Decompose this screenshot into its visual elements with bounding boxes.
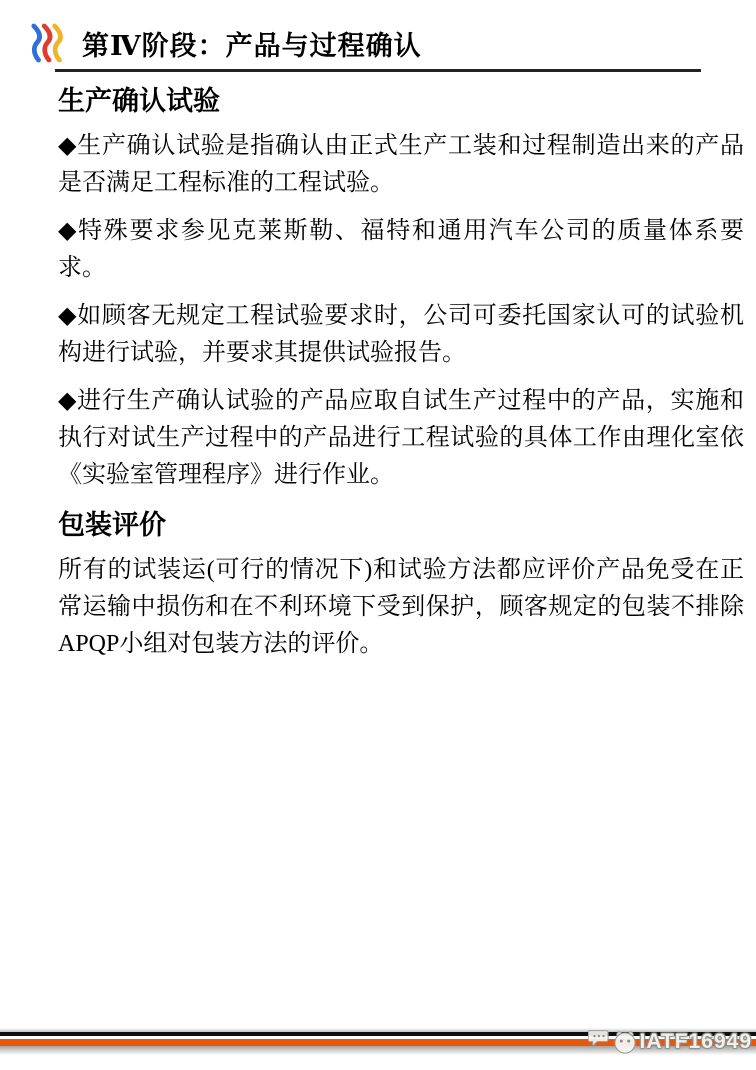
slide-content: 生产确认试验 ◆生产确认试验是指确认由正式生产工装和过程制造出来的产品是否满足工… [58,84,744,674]
section-heading: 包装评价 [58,508,744,542]
page-title: 第Ⅳ阶段：产品与过程确认 [82,24,422,63]
paragraph: ◆进行生产确认试验的产品应取自试生产过程中的产品，实施和执行对试生产过程中的产品… [58,383,744,494]
panda-logo-icon [613,1030,637,1054]
paragraph: ◆如顾客无规定工程试验要求时，公司可委托国家认可的试验机构进行试验，并要求其提供… [58,298,744,372]
paragraph: ◆特殊要求参见克莱斯勒、福特和通用汽车公司的质量体系要求。 [58,213,744,287]
section-packaging-evaluation: 包装评价 所有的试装运(可行的情况下)和试验方法都应评价产品免受在正常运输中损伤… [58,508,744,663]
section-heading: 生产确认试验 [58,84,744,118]
section-production-validation: 生产确认试验 ◆生产确认试验是指确认由正式生产工装和过程制造出来的产品是否满足工… [58,84,744,494]
triple-chevron-logo-icon [30,22,66,64]
header: 第Ⅳ阶段：产品与过程确认 [30,22,726,64]
chat-bubble-icon [588,1028,610,1048]
watermark: IATF16949 [588,1028,753,1056]
paragraph: 所有的试装运(可行的情况下)和试验方法都应评价产品免受在正常运输中损伤和在不利环… [58,552,744,663]
header-rule [55,69,701,72]
paragraph: ◆生产确认试验是指确认由正式生产工装和过程制造出来的产品是否满足工程标准的工程试… [58,128,744,202]
slide-page: 第Ⅳ阶段：产品与过程确认 生产确认试验 ◆生产确认试验是指确认由正式生产工装和过… [0,0,756,1070]
watermark-text: IATF16949 [640,1030,753,1054]
